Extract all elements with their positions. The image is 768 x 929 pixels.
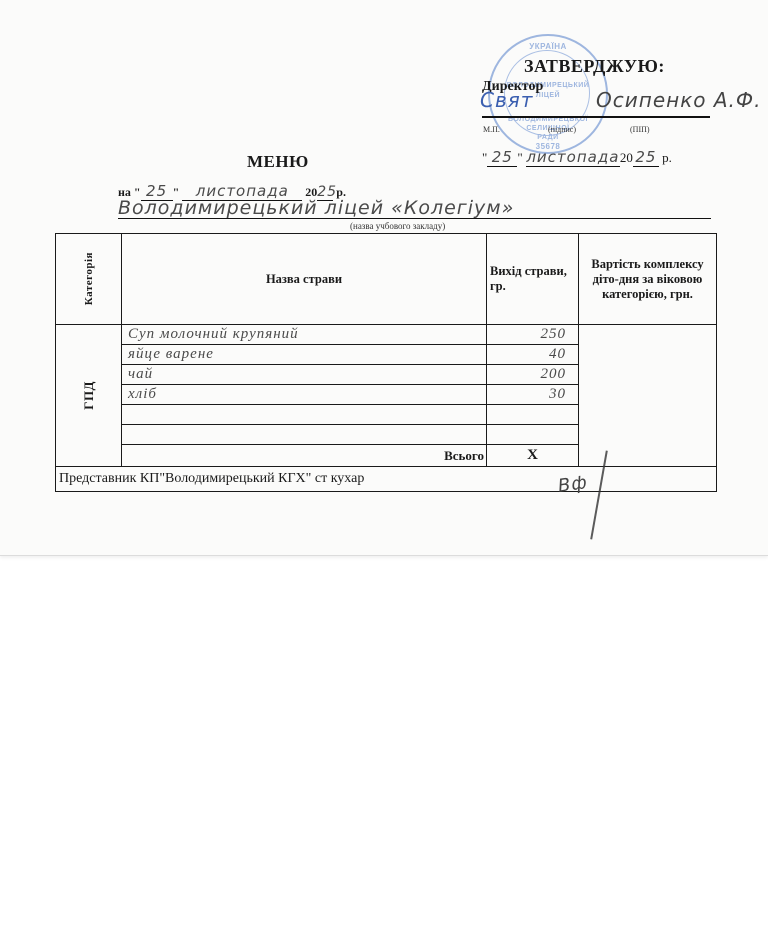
approval-day: 25 <box>487 148 517 167</box>
signature-hint: (підпис) <box>548 125 576 134</box>
cost-cell <box>579 325 717 467</box>
menu-table: Категорія Назва страви Вихід страви, гр.… <box>55 233 717 492</box>
dish-output: 30 <box>487 385 579 405</box>
school-hint: (назва учбового закладу) <box>350 221 445 231</box>
table-row: ГПД Суп молочний крупяний 250 <box>56 325 717 345</box>
dish-name: чай <box>122 365 487 385</box>
approval-date: "25" листопада2025 р. <box>482 148 672 167</box>
approval-year-suffix: 25 <box>633 148 659 167</box>
menu-title: МЕНЮ <box>247 152 309 172</box>
director-name: Осипенко А.Ф. <box>596 88 761 112</box>
category-label: ГПД <box>81 381 97 410</box>
dish-name <box>122 405 487 425</box>
stamp-label: М.П. <box>483 125 500 134</box>
header-category-label: Категорія <box>83 252 95 305</box>
scanned-page: УКРАЇНА ВОЛОДИМИРЕЦЬКИЙ ЛІЦЕЙ ВОЛОДИМИРЕ… <box>0 0 768 556</box>
director-signature: Свят <box>480 88 533 112</box>
category-cell: ГПД <box>56 325 122 467</box>
dish-name: Суп молочний крупяний <box>122 325 487 345</box>
dish-name <box>122 425 487 445</box>
header-cost: Вартість комплексу діто-дня за віковою к… <box>579 234 717 325</box>
total-label: Всього <box>122 445 487 467</box>
header-dish: Назва страви <box>122 234 487 325</box>
header-category: Категорія <box>56 234 122 325</box>
dish-name: яйце варене <box>122 345 487 365</box>
table-header-row: Категорія Назва страви Вихід страви, гр.… <box>56 234 717 325</box>
total-value: Х <box>487 445 579 467</box>
header-output: Вихід страви, гр. <box>487 234 579 325</box>
approval-year-prefix: 20 <box>620 150 633 165</box>
approval-title: ЗАТВЕРДЖУЮ: <box>524 56 665 77</box>
approval-month: листопада <box>526 148 620 167</box>
cook-signature: Вф <box>557 472 589 497</box>
dish-output <box>487 425 579 445</box>
signature-line <box>482 116 710 118</box>
stamp-text-top: УКРАЇНА <box>490 42 606 51</box>
dish-name: хліб <box>122 385 487 405</box>
dish-output <box>487 405 579 425</box>
dish-output: 200 <box>487 365 579 385</box>
school-name: Володимирецький ліцей «Колегіум» <box>118 198 711 219</box>
approval-date-suffix: р. <box>662 150 672 165</box>
dish-output: 40 <box>487 345 579 365</box>
name-hint: (ПІП) <box>630 125 650 134</box>
representative-label: Представник КП"Володимирецький КГХ" ст к… <box>56 467 717 492</box>
representative-row: Представник КП"Володимирецький КГХ" ст к… <box>56 467 717 492</box>
dish-output: 250 <box>487 325 579 345</box>
stamp-text-line: РАДИ <box>490 134 606 141</box>
